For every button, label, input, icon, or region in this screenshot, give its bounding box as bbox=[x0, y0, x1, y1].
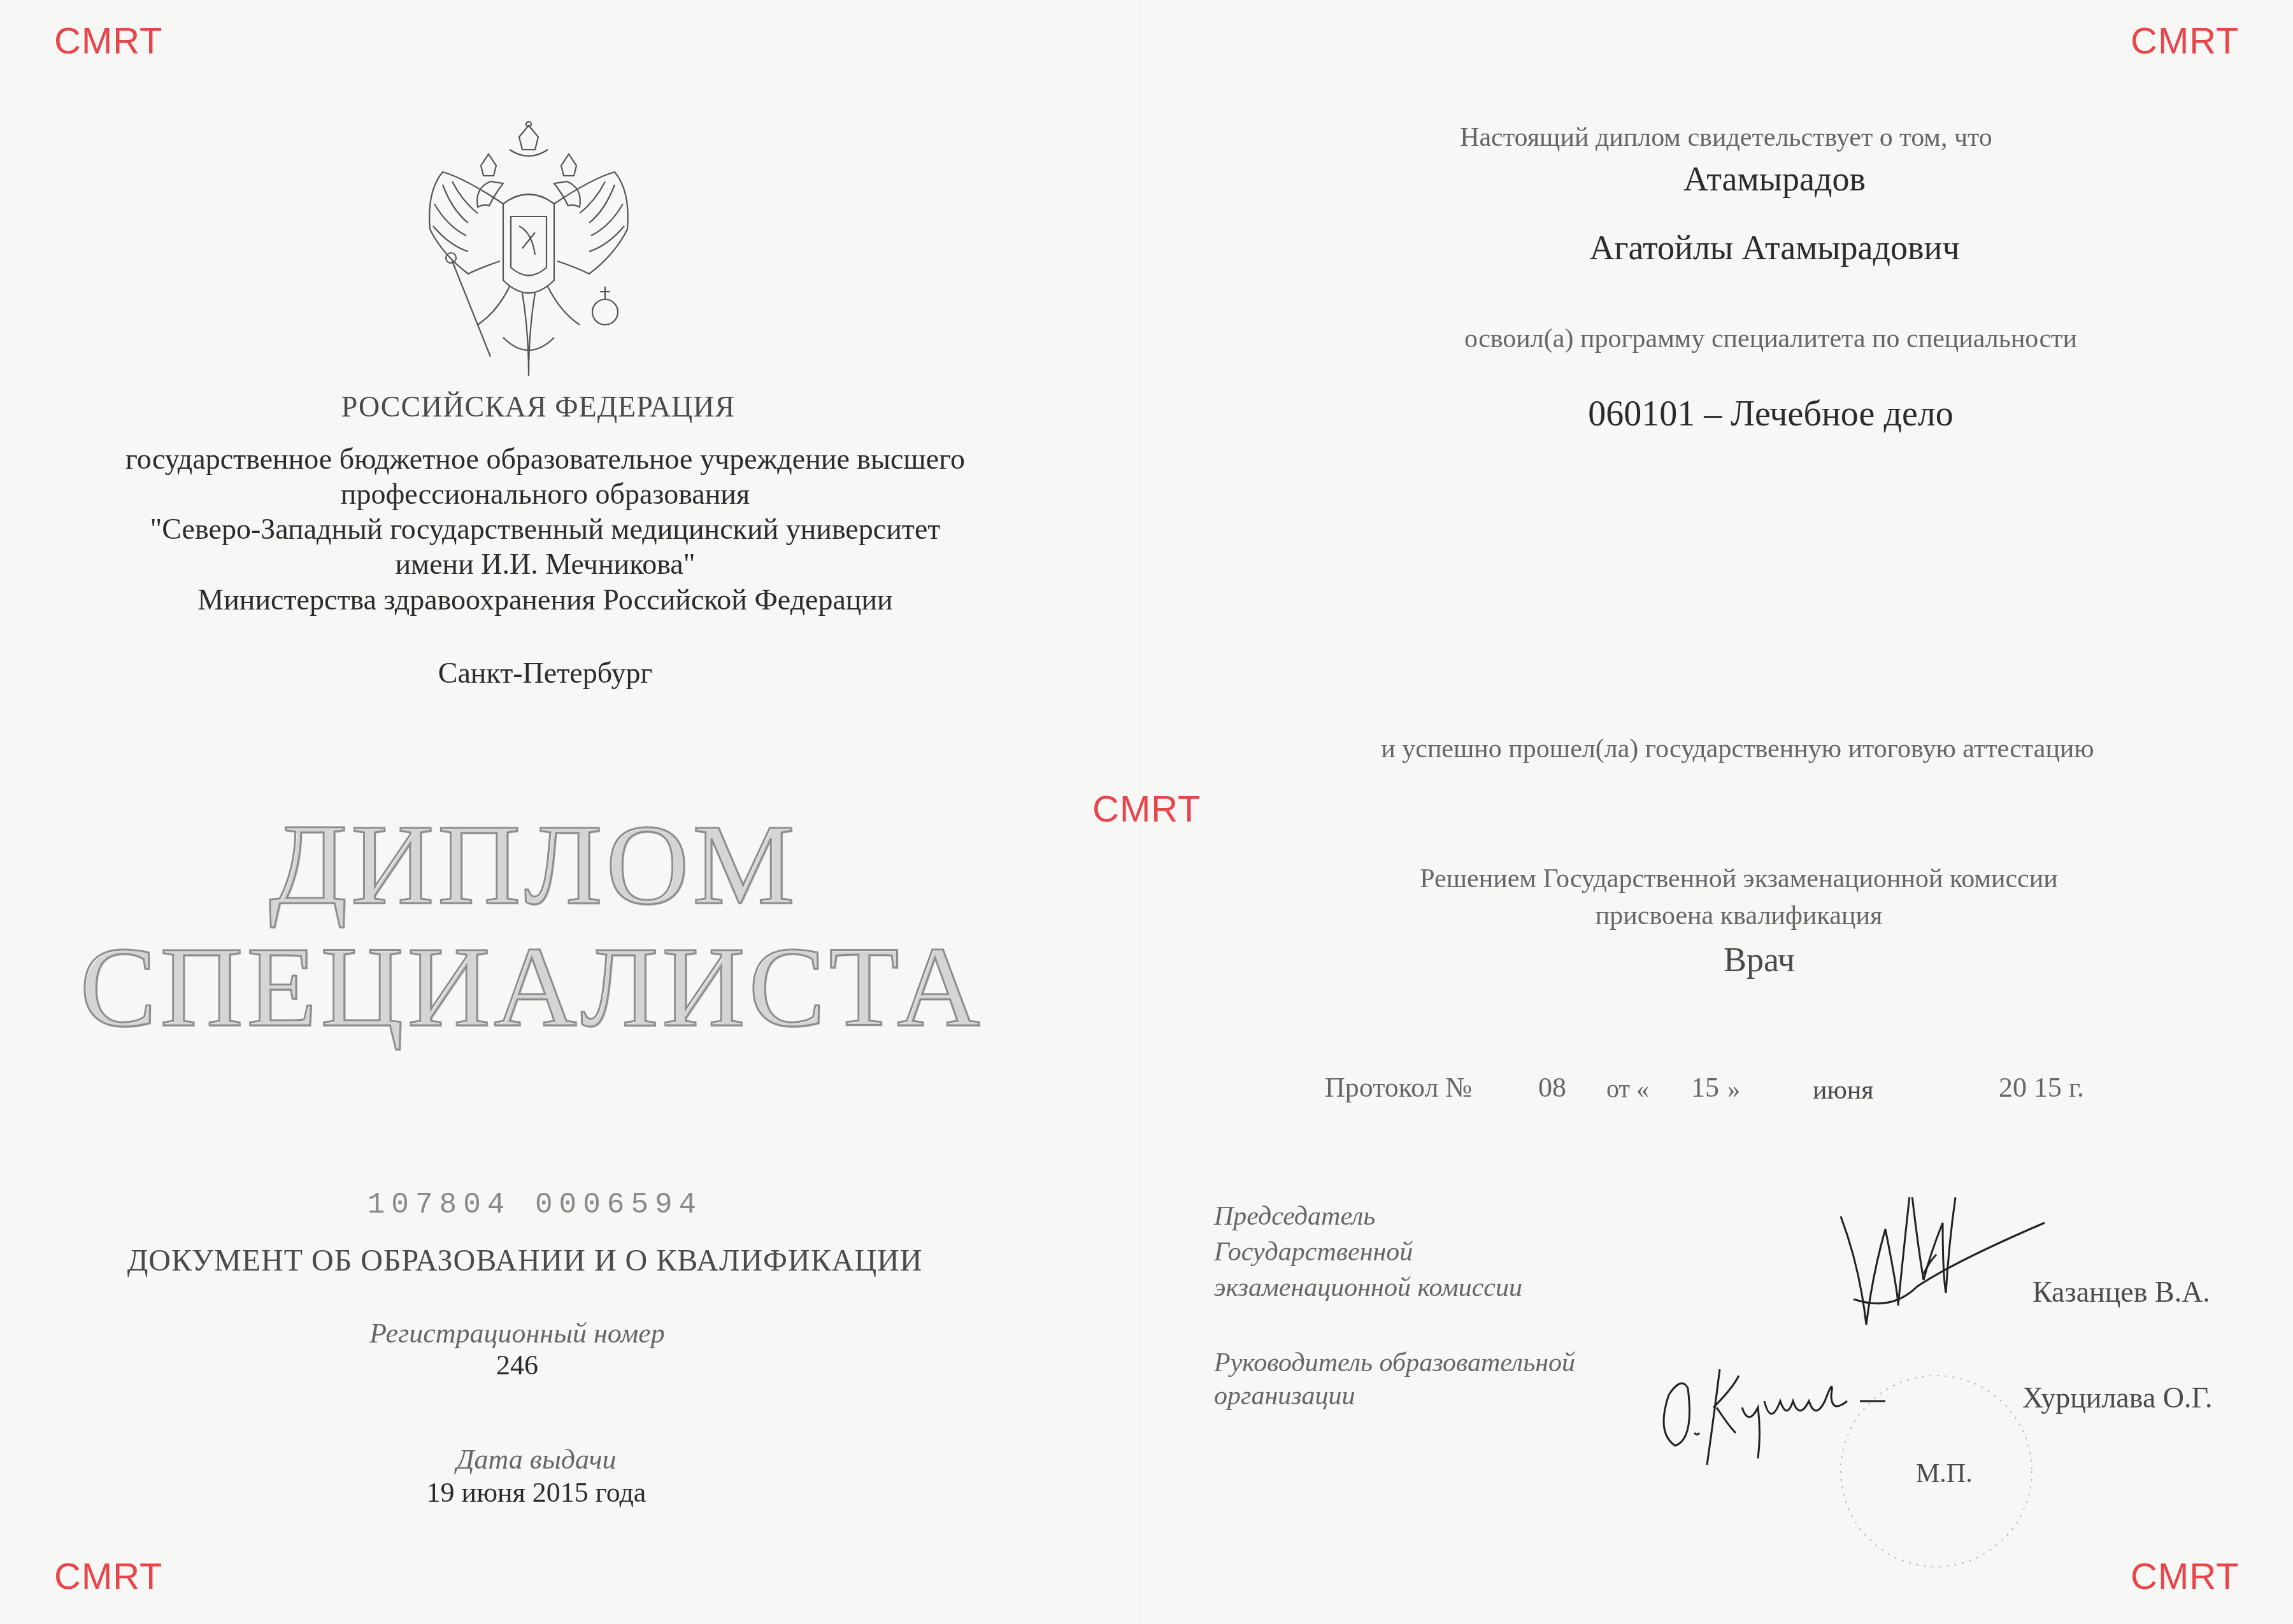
watermark-top-left: CMRT bbox=[54, 23, 162, 60]
city-name: Санкт-Петербург bbox=[438, 656, 653, 690]
head-role-line-2: организации bbox=[1214, 1381, 1355, 1411]
specialty: 060101 – Лечебное дело bbox=[1588, 394, 1953, 434]
diploma-title-line-1: ДИПЛОМ bbox=[269, 808, 799, 922]
diploma-title-line-2: СПЕЦИАЛИСТА bbox=[80, 930, 983, 1044]
protocol-month: июня bbox=[1813, 1075, 1874, 1106]
decision-line-1: Решением Государственной экзаменационной… bbox=[1420, 864, 2057, 894]
chairman-name: Казанцев В.А. bbox=[2032, 1275, 2210, 1309]
head-name: Хурцилава О.Г. bbox=[2022, 1381, 2212, 1414]
protocol-number: 08 bbox=[1538, 1071, 1566, 1104]
country-name: РОССИЙСКАЯ ФЕДЕРАЦИЯ bbox=[341, 390, 735, 424]
institution-line-2: профессионального образования bbox=[341, 477, 750, 511]
russian-coat-of-arms-emblem bbox=[414, 121, 643, 388]
document-type: ДОКУМЕНТ ОБ ОБРАЗОВАНИИ И О КВАЛИФИКАЦИИ bbox=[127, 1243, 923, 1278]
institution-line-3: "Северо-Западный государственный медицин… bbox=[150, 512, 941, 546]
watermark-bottom-right: CMRT bbox=[2131, 1558, 2239, 1595]
chairman-role-line-2: Государственной bbox=[1214, 1237, 1413, 1267]
protocol-year: 20 15 г. bbox=[1999, 1071, 2084, 1104]
serial-number: 107804 0006594 bbox=[368, 1188, 703, 1222]
chairman-role-line-1: Председатель bbox=[1214, 1201, 1375, 1232]
stamp-label: М.П. bbox=[1916, 1458, 1973, 1489]
chairman-role-line-3: экзаменационной комиссии bbox=[1214, 1272, 1522, 1303]
institution-line-4: имени И.И. Мечникова" bbox=[395, 547, 695, 581]
institution-line-5: Министерства здравоохранения Российской … bbox=[197, 583, 892, 616]
decision-line-2: присвоена квалификация bbox=[1596, 901, 1882, 931]
graduate-surname: Атамырадов bbox=[1683, 159, 1866, 199]
registration-label: Регистрационный номер bbox=[369, 1317, 665, 1350]
protocol-from-label: от « bbox=[1606, 1074, 1649, 1104]
issue-date-label: Дата выдачи bbox=[457, 1443, 617, 1476]
attestation-text: и успешно прошел(ла) государственную ито… bbox=[1381, 734, 2094, 764]
institution-line-1: государственное бюджетное образовательно… bbox=[125, 442, 965, 476]
protocol-day-close: » bbox=[1727, 1074, 1740, 1104]
graduate-given-names: Агатойлы Атамырадович bbox=[1589, 228, 1959, 267]
chairman-signature bbox=[1834, 1197, 2051, 1344]
protocol-label: Протокол № bbox=[1325, 1071, 1472, 1104]
head-role-line-1: Руководитель образовательной bbox=[1214, 1348, 1575, 1378]
watermark-bottom-left: CMRT bbox=[54, 1558, 162, 1595]
watermark-center: CMRT bbox=[1092, 791, 1201, 828]
registration-number: 246 bbox=[496, 1349, 538, 1381]
intro-text: Настоящий диплом свидетельствует о том, … bbox=[1460, 122, 1992, 153]
protocol-day: 15 bbox=[1691, 1071, 1719, 1104]
qualification: Врач bbox=[1724, 940, 1795, 979]
watermark-top-right: CMRT bbox=[2131, 23, 2239, 60]
program-text: освоил(а) программу специалитета по спец… bbox=[1464, 324, 2077, 354]
issue-date: 19 июня 2015 года bbox=[427, 1476, 646, 1509]
